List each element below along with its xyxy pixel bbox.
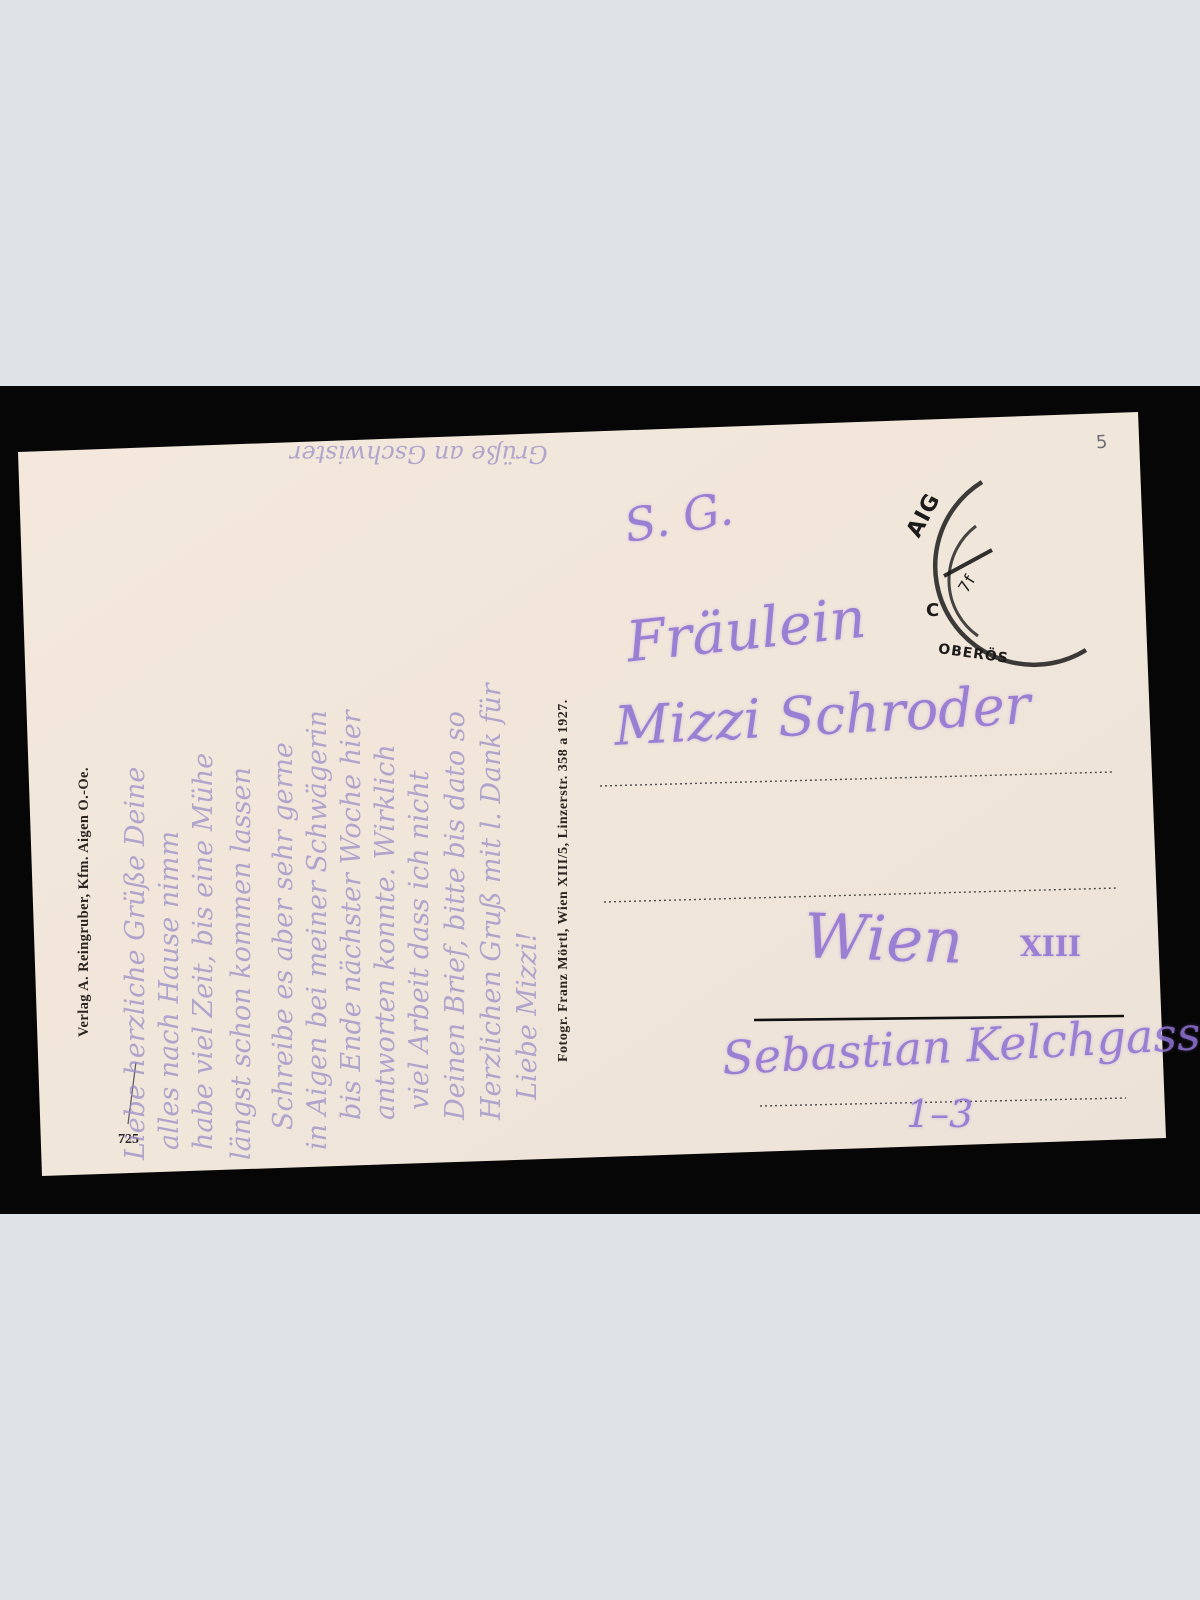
photographer-imprint: Fotogr. Franz Mörtl, Wien XIII/5, Linzer… [556,699,572,1062]
message-top-margin: Grüße an Gschwister [290,440,548,468]
address-house-number: 1–3 [906,1092,973,1136]
postmark-code: C [926,600,940,621]
message-line: viel Arbeit dass ich nicht [404,770,435,1110]
message-line: Liebe herzliche Grüße Deine [120,767,151,1160]
message-line: längst schon kommen lassen [226,767,257,1160]
message-line: Herzlichen Gruß mit l. Dank für [476,683,507,1120]
address-city: Wien [803,899,965,978]
message-line: in Aigen bei meiner Schwägerin [302,710,333,1150]
message-line: bis Ende nächster Woche hier [336,710,367,1120]
message-line: Schreibe es aber sehr gerne [268,742,299,1130]
message-line: antworten konnte. Wirklich [370,744,401,1120]
address-district: XIII [1020,930,1081,963]
message-line: Deinen Brief, bitte bis dato so [440,711,471,1120]
pencil-mark: 5 [1095,432,1108,454]
publisher-imprint: Verlag A. Reingruber, Kfm. Aigen O.-Oe. [76,767,93,1037]
message-line: habe viel Zeit, bis eine Mühe [188,753,219,1150]
message-line: alles nach Hause nimm [154,831,185,1150]
message-greeting: Liebe Mizzi! [512,931,543,1100]
postcard [0,0,1200,1600]
